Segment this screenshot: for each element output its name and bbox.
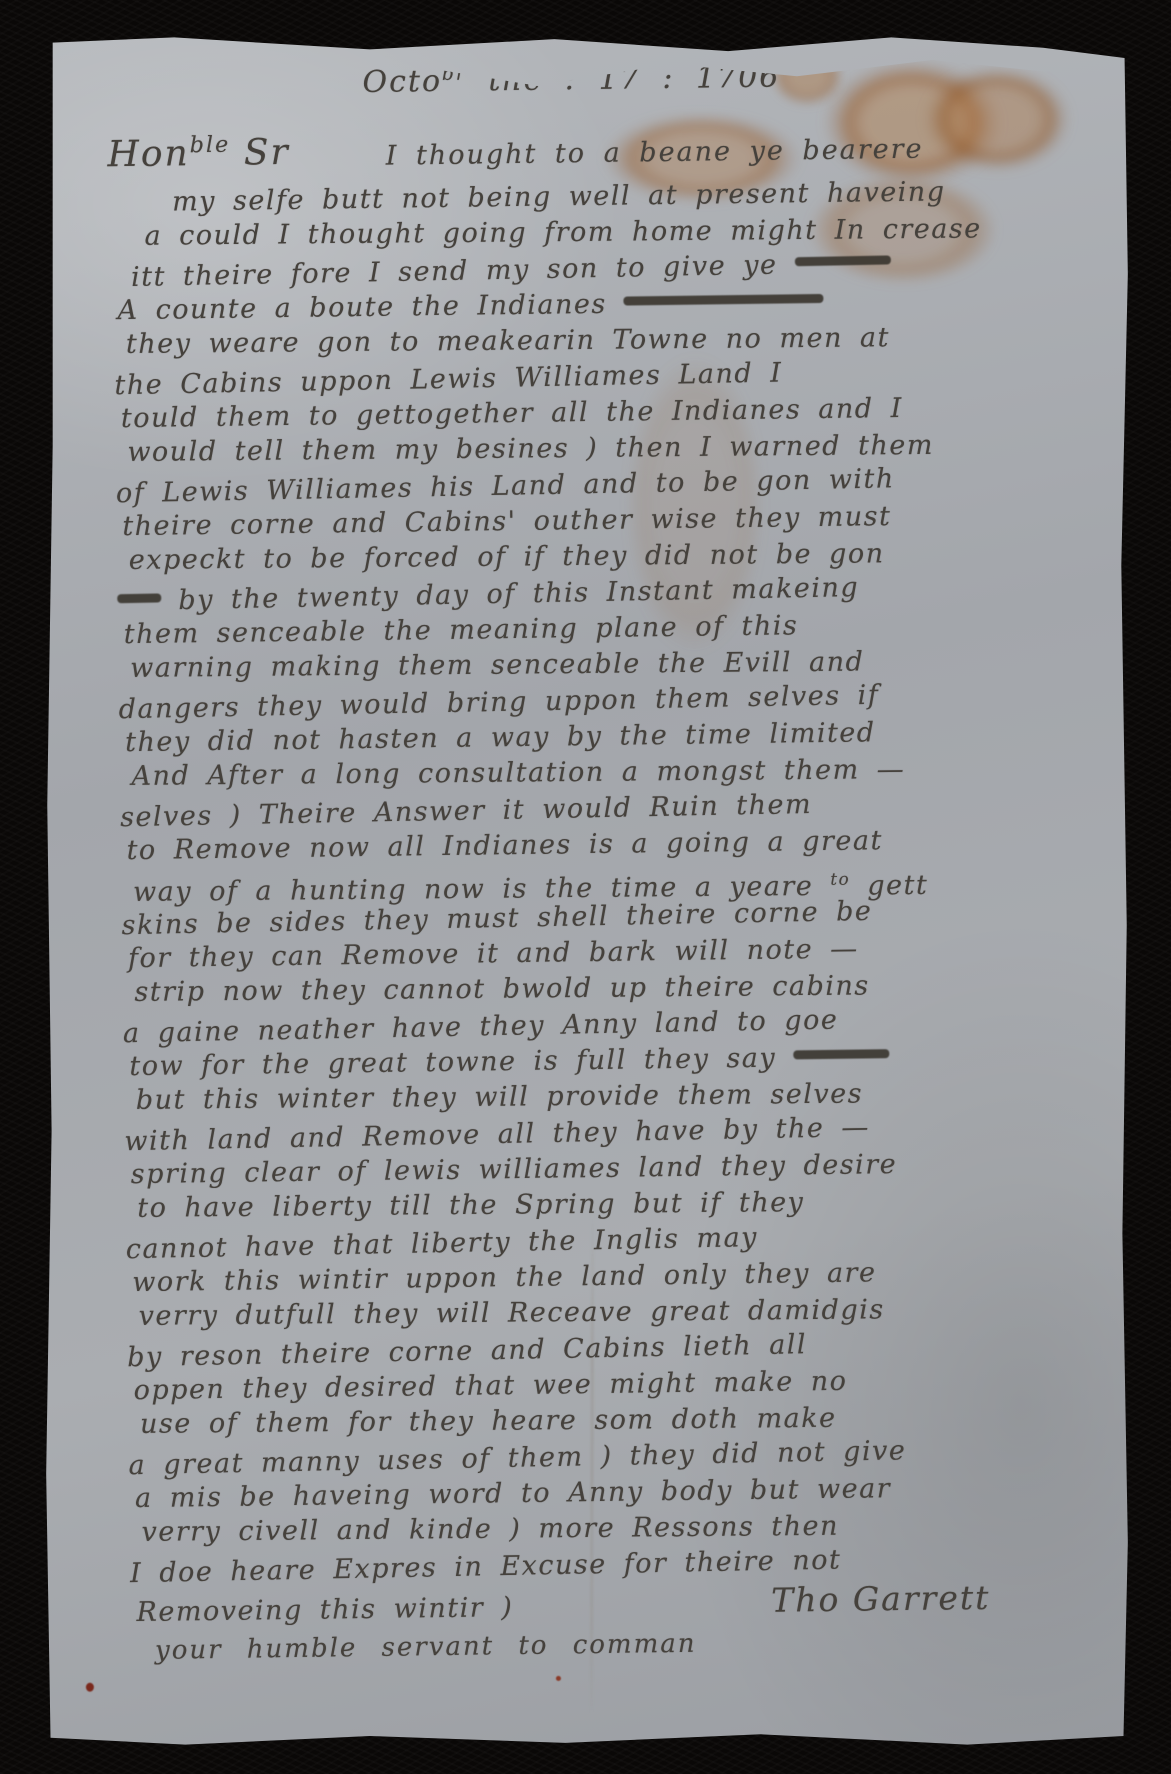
signoff-text: Removeing this wintir ) xyxy=(136,1592,513,1628)
ink-strikeout xyxy=(624,294,824,306)
letter-text: they weare gon to meakearin Towne no men… xyxy=(126,322,890,360)
salutation-pre: Hon xyxy=(107,133,190,175)
date-superscript: br xyxy=(442,64,467,85)
photograph-background: { "page": { "background_color": "#0a0807… xyxy=(0,0,1171,1774)
letter-text: verry civell and kinde ) more Ressons th… xyxy=(141,1511,839,1548)
letter-text-layer: Octobr the : 17 : 1706 Honble Sr I thoug… xyxy=(66,47,1132,1733)
date-pre: Octo xyxy=(362,64,442,100)
letter-text: to have liberty till the Spring but if t… xyxy=(137,1187,804,1224)
letter-text: verry dutfull they will Receave great da… xyxy=(139,1294,885,1332)
letter-text: my selfe butt not being well at present … xyxy=(172,176,946,217)
letter-body: my selfe butt not being well at present … xyxy=(108,172,1130,1589)
closing-line: your humble servant to comman xyxy=(155,1623,1131,1666)
opening-line: I thought to a beane ye bearere xyxy=(386,134,924,172)
letter-text: expeckt to be forced of if they did not … xyxy=(129,538,885,576)
letter-paper: Octobr the : 17 : 1706 Honble Sr I thoug… xyxy=(62,53,1110,1728)
ink-strikeout xyxy=(117,593,161,603)
letter-text: to xyxy=(830,869,850,889)
ink-strikeout xyxy=(794,255,890,266)
salutation: Honble Sr xyxy=(107,131,290,175)
letter-text: warning making them senceable the Evill … xyxy=(130,646,864,683)
letter-text: strip now they cannot bwold up theire ca… xyxy=(134,970,870,1007)
letter-text: And After a long consultation a mongst t… xyxy=(131,754,905,792)
salutation-row: Honble Sr I thought to a beane ye bearer… xyxy=(107,120,1111,175)
ink-strikeout xyxy=(793,1049,889,1059)
date-post: the : 17 : 1706 xyxy=(467,59,781,98)
letter-text: use of them for they heare som doth make xyxy=(140,1403,837,1440)
salutation-post: Sr xyxy=(230,132,290,174)
letter-text: but this winter they will provide them s… xyxy=(136,1079,863,1116)
backing-sheet: Octobr the : 17 : 1706 Honble Sr I thoug… xyxy=(44,34,1130,1748)
date-line: Octobr the : 17 : 1706 xyxy=(362,55,1110,100)
salutation-superscript: ble xyxy=(189,132,230,159)
signature: Tho Garrett xyxy=(771,1578,991,1620)
